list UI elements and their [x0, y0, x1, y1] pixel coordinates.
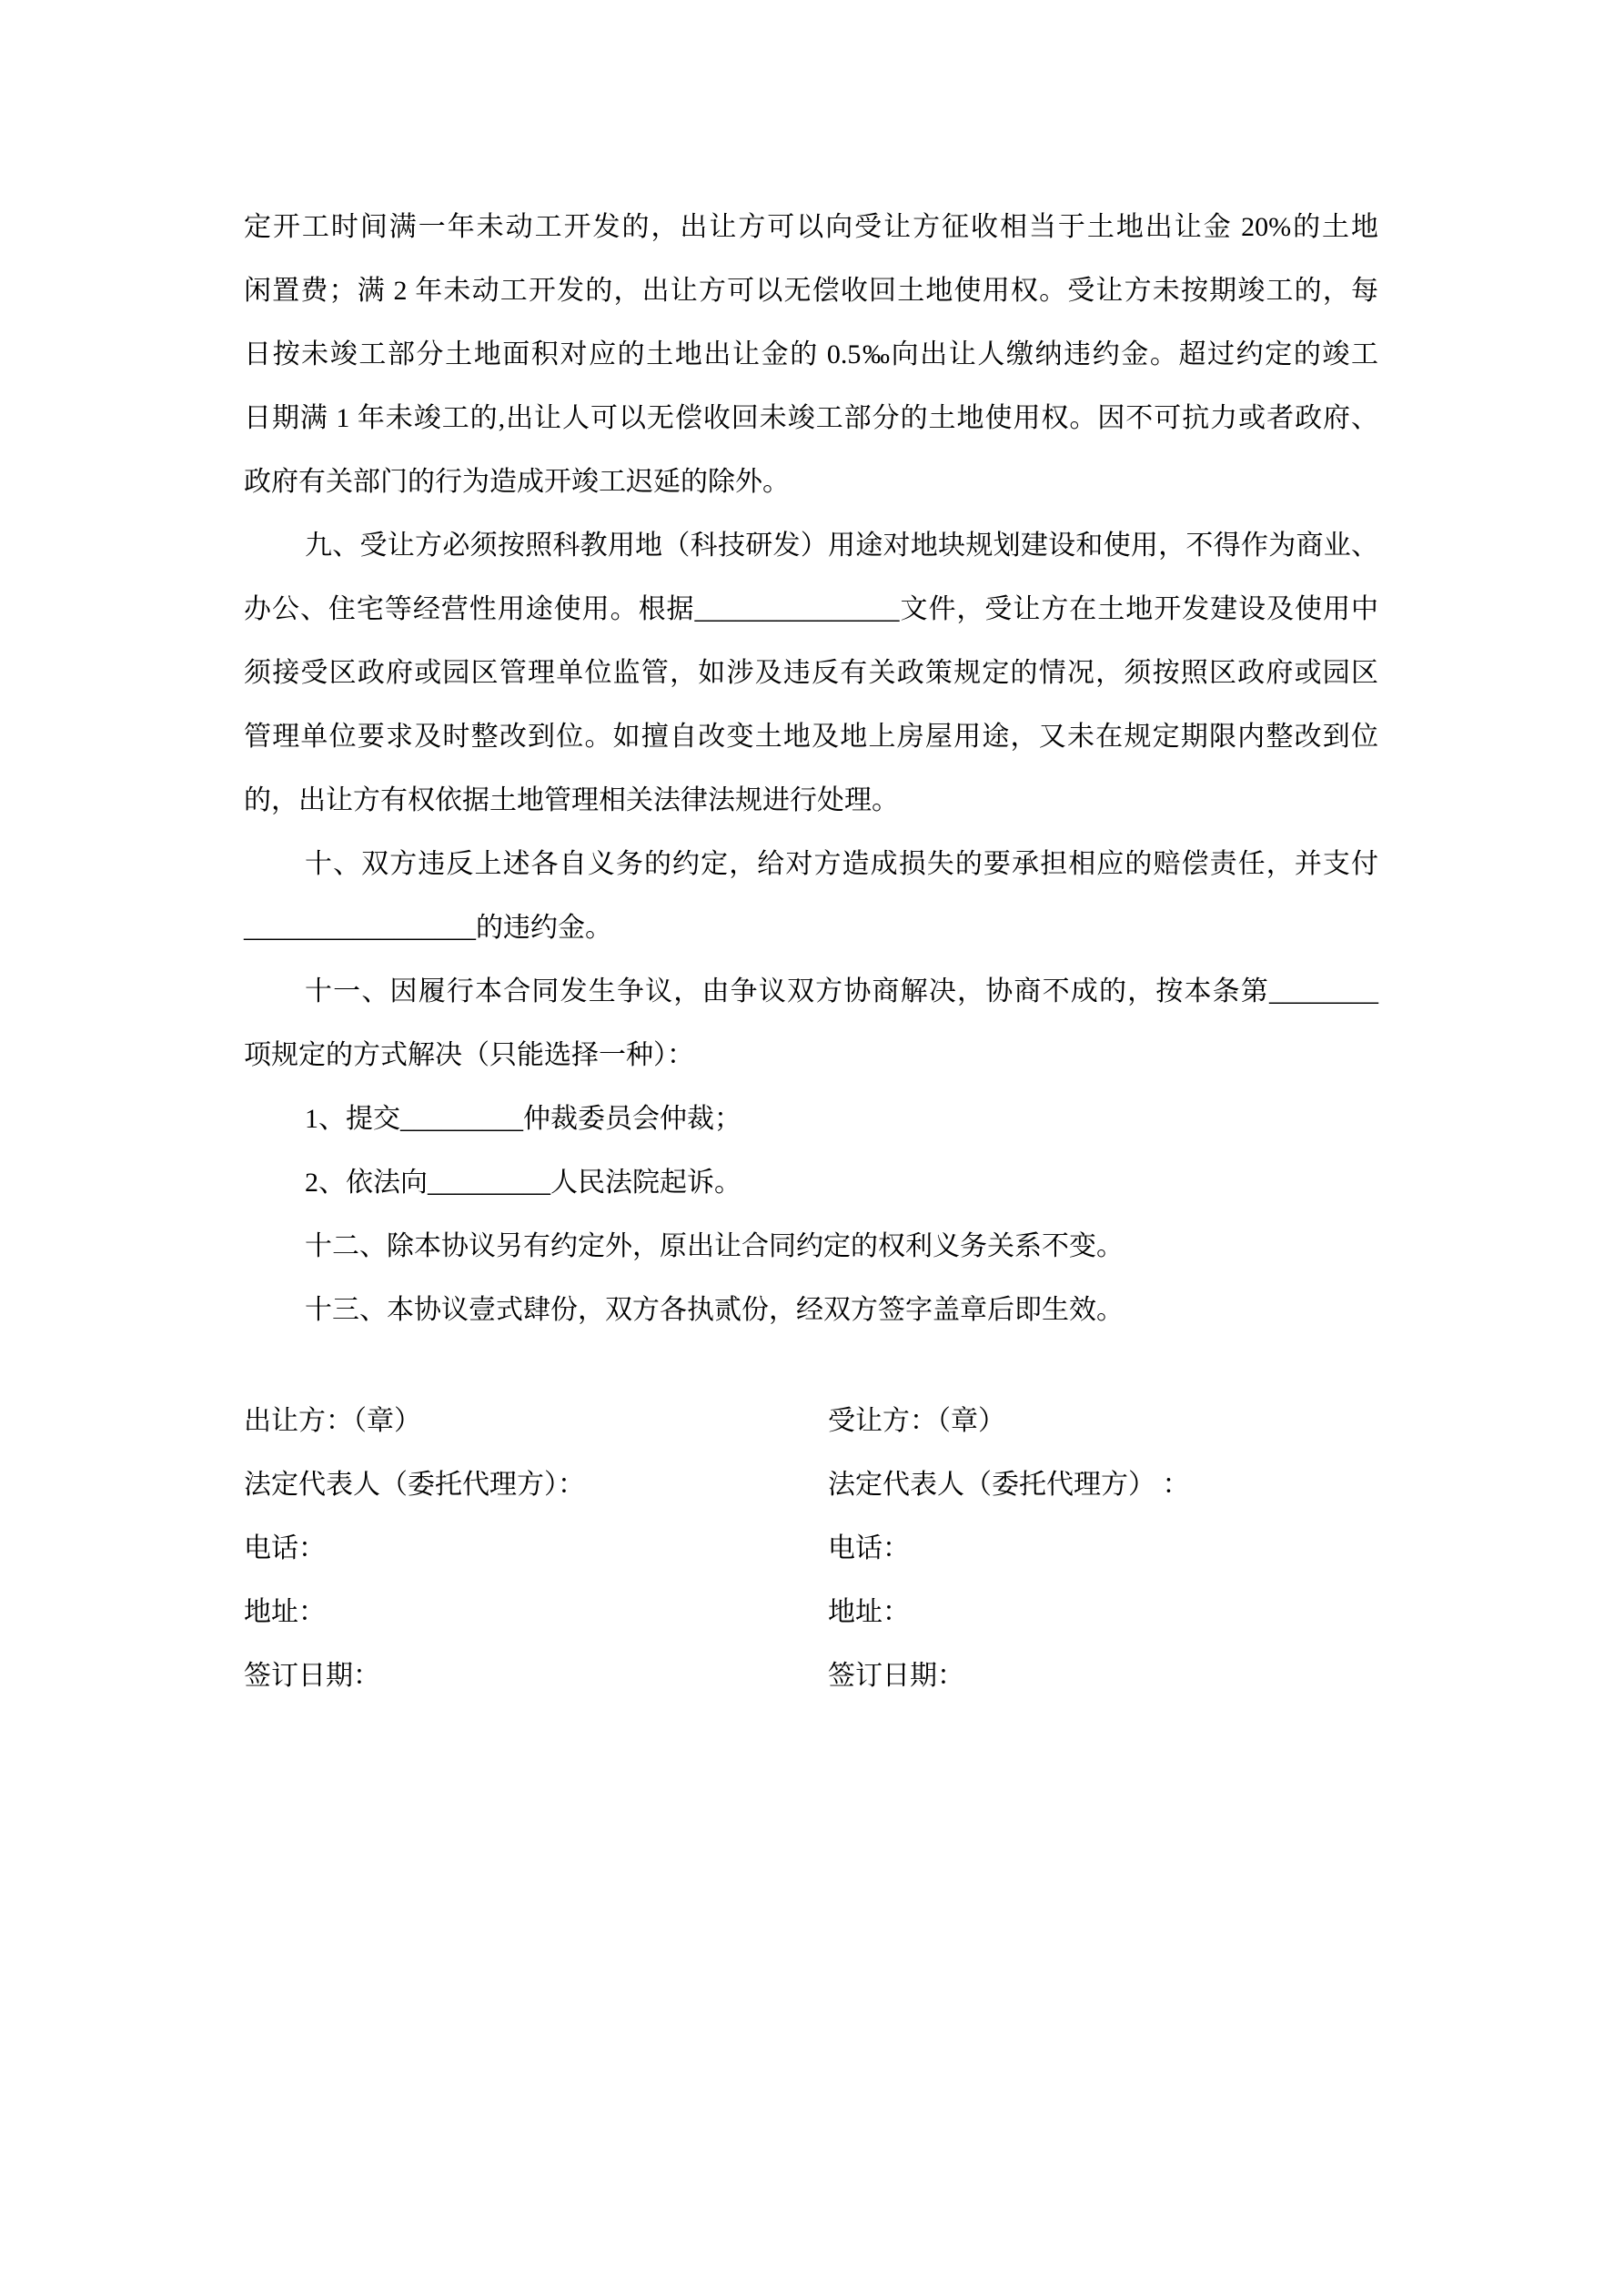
body-line: 十、双方违反上述各自义务的约定，给对方造成损失的要承担相应的赔偿责任，并支付	[244, 833, 1378, 896]
body-line: 须接受区政府或园区管理单位监管，如涉及违反有关政策规定的情况，须按照区政府或园区	[244, 642, 1378, 705]
body-line: 闲置费；满 2 年未动工开发的，出让方可以无偿收回土地使用权。受让方未按期竣工的…	[244, 259, 1378, 323]
body-line: 定开工时间满一年未动工开发的，出让方可以向受让方征收相当于土地出让金 20%的土…	[244, 196, 1378, 259]
grantee-sign-date-label: 签订日期：	[828, 1644, 1378, 1708]
body-line: 2、依法向_________人民法院起诉。	[244, 1151, 1378, 1215]
grantee-representative-label: 法定代表人（委托代理方） ：	[828, 1453, 1378, 1517]
body-line: 办公、住宅等经营性用途使用。根据_______________文件，受让方在土地…	[244, 578, 1378, 642]
body-line: 十二、除本协议另有约定外，原出让合同约定的权利义务关系不变。	[244, 1215, 1378, 1279]
signature-block: 出让方：（章） 受让方：（章） 法定代表人（委托代理方）： 法定代表人（委托代理…	[244, 1390, 1378, 1708]
grantee-phone-label: 电话：	[828, 1517, 1378, 1581]
body-line: 项规定的方式解决（只能选择一种）：	[244, 1024, 1378, 1087]
body-line: _________________的违约金。	[244, 896, 1378, 960]
grantor-sign-date-label: 签订日期：	[244, 1644, 828, 1708]
document-page: 定开工时间满一年未动工开发的，出让方可以向受让方征收相当于土地出让金 20%的土…	[0, 0, 1624, 2296]
contract-body: 定开工时间满一年未动工开发的，出让方可以向受让方征收相当于土地出让金 20%的土…	[244, 196, 1378, 1342]
body-line: 管理单位要求及时整改到位。如擅自改变土地及地上房屋用途，又未在规定期限内整改到位	[244, 705, 1378, 769]
grantor-representative-label: 法定代表人（委托代理方）：	[244, 1453, 828, 1517]
grantor-party-label: 出让方：（章）	[244, 1390, 828, 1453]
signature-row-phone: 电话： 电话：	[244, 1517, 1378, 1581]
signature-row-address: 地址： 地址：	[244, 1581, 1378, 1644]
grantor-phone-label: 电话：	[244, 1517, 828, 1581]
body-line: 十一、因履行本合同发生争议，由争议双方协商解决，协商不成的，按本条第______…	[244, 960, 1378, 1024]
body-line: 1、提交_________仲裁委员会仲裁；	[244, 1087, 1378, 1151]
grantee-party-label: 受让方：（章）	[828, 1390, 1378, 1453]
body-line: 日期满 1 年未竣工的,出让人可以无偿收回未竣工部分的土地使用权。因不可抗力或者…	[244, 387, 1378, 450]
signature-row-sign-date: 签订日期： 签订日期：	[244, 1644, 1378, 1708]
grantor-address-label: 地址：	[244, 1581, 828, 1644]
signature-row-representative: 法定代表人（委托代理方）： 法定代表人（委托代理方） ：	[244, 1453, 1378, 1517]
body-line: 十三、本协议壹式肆份，双方各执贰份，经双方签字盖章后即生效。	[244, 1279, 1378, 1342]
signature-row-party: 出让方：（章） 受让方：（章）	[244, 1390, 1378, 1453]
body-line: 日按未竣工部分土地面积对应的土地出让金的 0.5‰向出让人缴纳违约金。超过约定的…	[244, 323, 1378, 387]
body-line: 九、受让方必须按照科教用地（科技研发）用途对地块规划建设和使用，不得作为商业、	[244, 514, 1378, 578]
grantee-address-label: 地址：	[828, 1581, 1378, 1644]
body-line: 的，出让方有权依据土地管理相关法律法规进行处理。	[244, 769, 1378, 833]
body-line: 政府有关部门的行为造成开竣工迟延的除外。	[244, 450, 1378, 514]
